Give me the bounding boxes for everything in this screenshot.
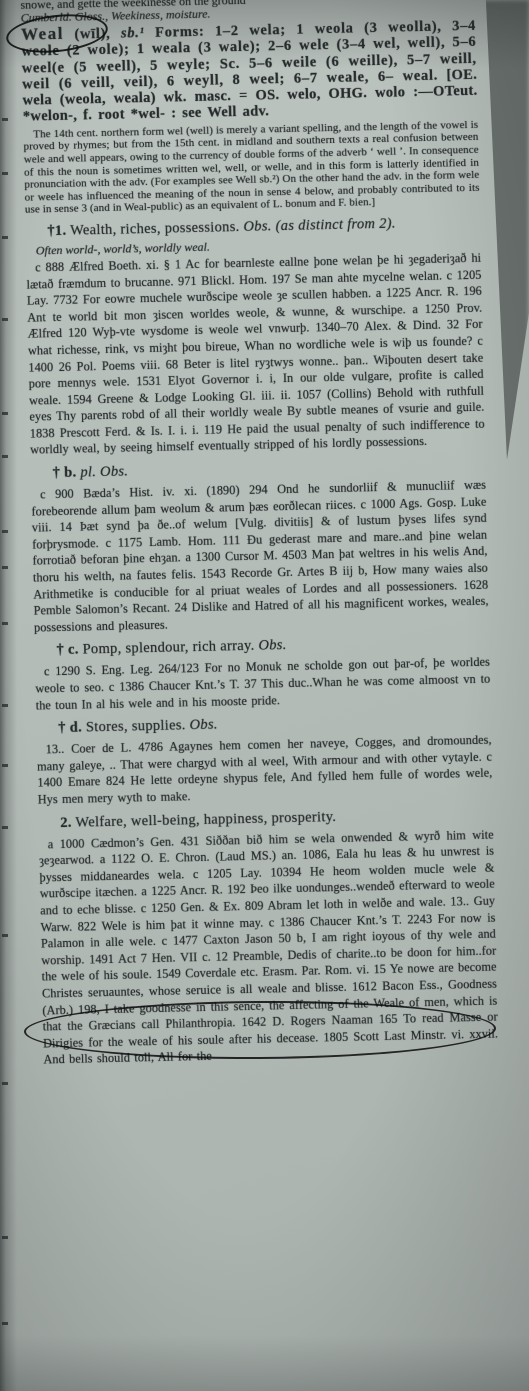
sense-definition: Stores, supplies. [82,717,186,735]
sense-definition: Welfare, well-being, happiness, prosperi… [72,809,337,831]
sense-definition: Pomp, splendour, rich array. [79,638,255,658]
sense-label: 2. [60,814,72,830]
gutter-mark [2,118,8,121]
gutter-mark [2,622,8,625]
gutter-mark [2,566,8,569]
sense-label: † b. [52,465,76,482]
sense-label: † d. [58,720,82,737]
sense-1c-quotations: c 1290 S. Eng. Leg. 264/123 For no Monuk… [35,654,491,714]
variant-spelling-note: The 14th cent. northern form wel (well) … [23,119,480,217]
gutter-mark [2,318,8,321]
sense-1b-quotations: c 900 Bæda’s Hist. iv. xi. (1890) 294 On… [31,477,489,636]
sense-1-quotations: c 888 Ælfred Boeth. xi. § 1 Ac for bearn… [26,250,485,459]
dictionary-column: snowe, and gette the weekinesse on the g… [2,0,512,1069]
sense-label: †1. [47,223,66,239]
gutter-mark [2,704,8,707]
gutter-mark [2,412,8,415]
page-gutter-shadow [0,0,18,1391]
gutter-mark [2,455,8,458]
obsolete-marker: pl. Obs. [76,464,128,481]
obsolete-marker: Obs. [185,717,217,734]
gutter-mark [2,530,8,533]
forms-label: Forms: [144,24,215,42]
gutter-mark [2,934,8,937]
sense-label: † c. [56,642,78,658]
gutter-mark [2,826,8,829]
obsolete-marker: Obs. [254,637,286,654]
dictionary-page-photo: snowe, and gette the weekinesse on the g… [0,0,529,1391]
gutter-mark [2,172,8,175]
obsolete-marker: Obs. (as distinct from 2). [239,216,395,235]
gutter-mark [2,1236,8,1239]
gutter-mark [2,764,8,767]
sense-1d-quotations: 13.. Coer de L. 4786 Agaynes hem comen h… [37,732,493,808]
gutter-mark [2,236,8,239]
gutter-mark [2,1322,8,1325]
gutter-mark [2,1082,8,1085]
part-of-speech: sb.¹ [121,25,145,42]
sense-definition: Wealth, riches, possessions. [66,219,240,239]
